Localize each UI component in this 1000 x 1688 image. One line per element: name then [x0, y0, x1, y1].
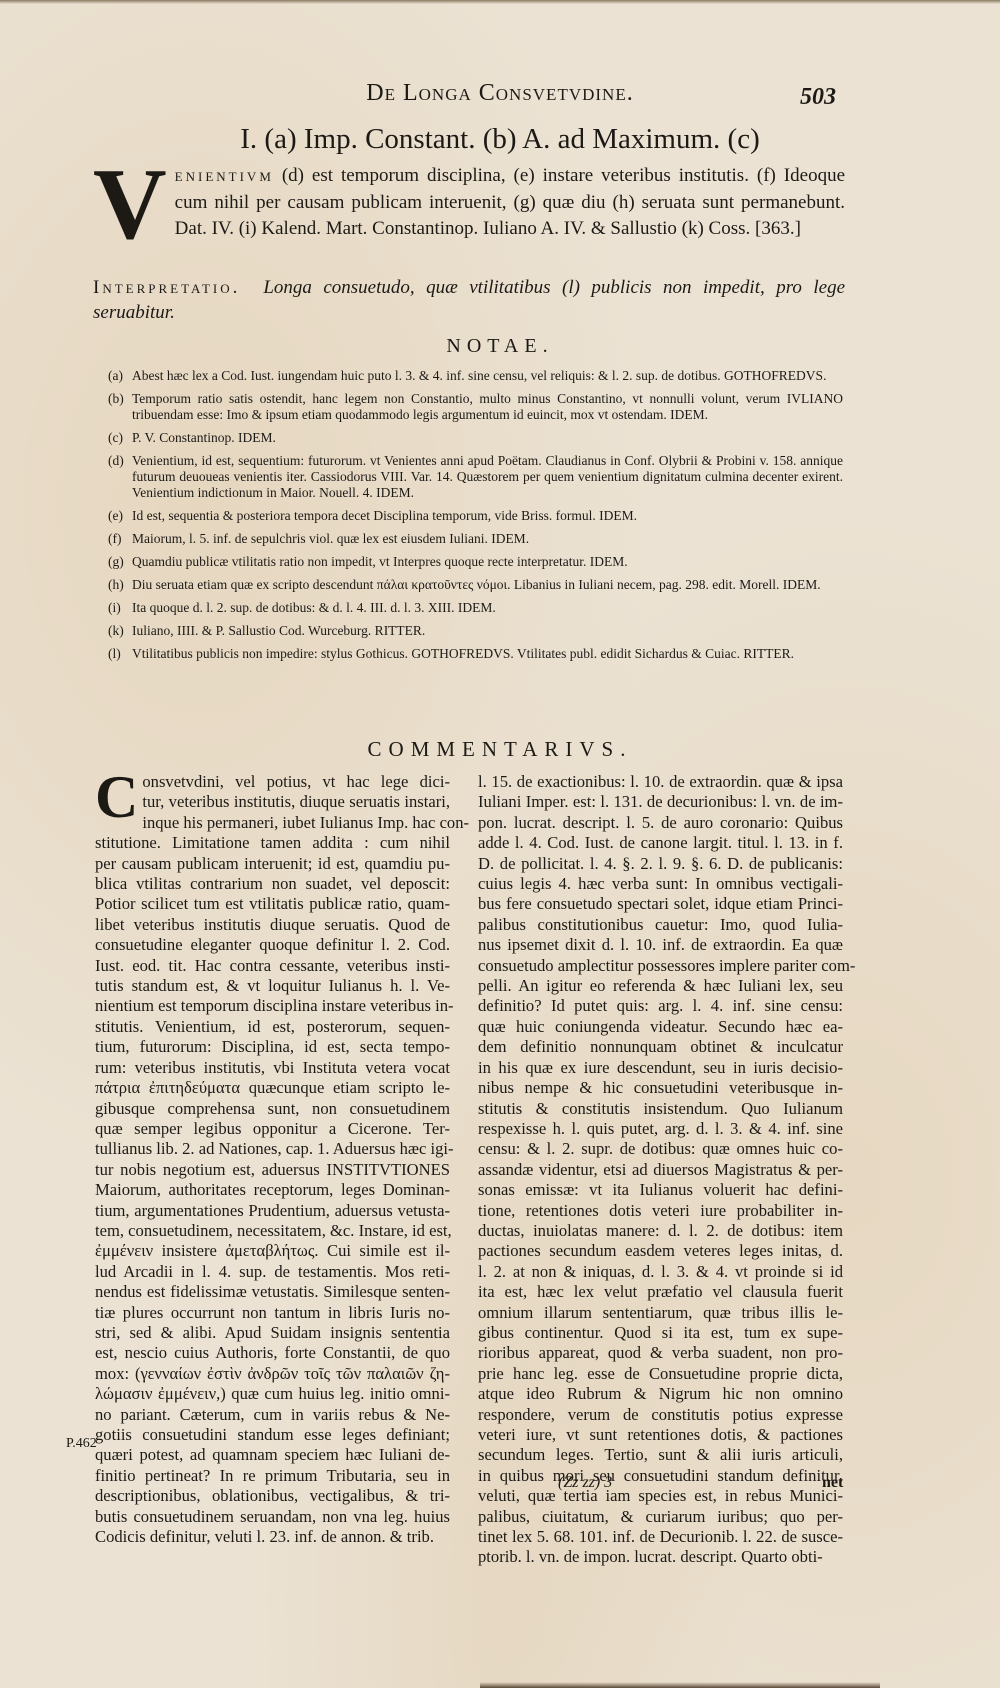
text-line: bus fere consuetudo spectari solet, idqu…: [478, 894, 843, 914]
text-line: stri, sed & alibi. Apud Suidam insignis …: [95, 1323, 450, 1343]
text-line: mox: (γενναίων ἐστὶν ἀνδρῶν τοῖς τῶν παλ…: [95, 1364, 450, 1384]
text-line: D. de pollicitat. l. 4. §. 2. l. 9. §. 6…: [478, 854, 843, 874]
text-line: pon. lucrat. descript. l. 5. de auro cor…: [478, 813, 843, 833]
law-body: (d) est temporum disciplina, (e) instare…: [175, 165, 845, 239]
text-line: ductas, inuiolatas manere: d. l. 2. de d…: [478, 1221, 843, 1241]
text-line: quæri potest, ad quamnam speciem hæc Iul…: [95, 1445, 450, 1465]
text-line: gibusque comprehensa sunt, non consuetud…: [95, 1099, 450, 1119]
text-line: omnium illarum sententiarum, quæ tribus …: [478, 1303, 843, 1323]
text-line: ptorib. l. vn. de impon. lucrat. descrip…: [478, 1547, 843, 1567]
text-line: libet veteribus institutis diuque seruat…: [95, 915, 450, 935]
right-column-lines: l. 15. de exactionibus: l. 10. de extrao…: [478, 772, 843, 1568]
text-line: tur nobis negotium est, aduersus INSTITV…: [95, 1160, 450, 1180]
note-text: Maiorum, l. 5. inf. de sepulchris viol. …: [132, 531, 843, 547]
text-line: in quibus mori seu consuetudini standum …: [478, 1466, 843, 1486]
text-line: palibus, ciuitatum, & curiarum iuribus; …: [478, 1507, 843, 1527]
text-line: per causam publicam interuenit; id est, …: [95, 854, 450, 874]
note-text: Id est, sequentia & posteriora tempora d…: [132, 508, 843, 524]
interpretatio-label: Interpretatio.: [93, 277, 240, 298]
catchword: net: [822, 1474, 843, 1492]
text-line: definitio? Id putet quis: arg. l. 4. inf…: [478, 996, 843, 1016]
text-line: Codicis definitur, veluti l. 23. inf. de…: [95, 1527, 450, 1547]
note-key: (d): [108, 453, 132, 501]
text-line: prie hanc leg. esse de Consuetudine prop…: [478, 1364, 843, 1384]
text-line: atque ideo Rubrum & Nigrum hic non omnin…: [478, 1384, 843, 1404]
text-line: inque his permaneri, iubet Iulianus Imp.…: [95, 813, 450, 833]
note-item: (e)Id est, sequentia & posteriora tempor…: [108, 508, 843, 524]
text-line: cuius legis 4. hæc verba sunt: In omnibu…: [478, 874, 843, 894]
left-column-lines: onsvetvdini, vel potius, vt hac lege dic…: [95, 772, 450, 1547]
text-line: adde l. 4. Cod. Iust. de canone largit. …: [478, 833, 843, 853]
text-line: finitio pertineat? In re primum Tributar…: [95, 1466, 450, 1486]
text-line: nus ipsemet dixit d. l. 10. inf. de extr…: [478, 935, 843, 955]
text-line: stitutione. Limitatione tamen addita : c…: [95, 833, 450, 853]
commentary-column-left: C onsvetvdini, vel potius, vt hac lege d…: [95, 772, 450, 1547]
note-item: (i)Ita quoque d. l. 2. sup. de dotibus: …: [108, 600, 843, 616]
notae-heading: NOTAE.: [0, 335, 1000, 358]
note-text: Ita quoque d. l. 2. sup. de dotibus: & d…: [132, 600, 843, 616]
text-line: tium, futurorum: Disciplina, id est, sec…: [95, 1037, 450, 1057]
text-line: blica vtilitas contrarium non suadet, ve…: [95, 874, 450, 894]
text-line: rioribus appareat, quod & verba suadent,…: [478, 1343, 843, 1363]
margin-page-reference: P.462: [66, 1436, 97, 1452]
note-text: Iuliano, IIII. & P. Sallustio Cod. Wurce…: [132, 623, 843, 639]
text-line: tione, retentiones dotis veteri iure pro…: [478, 1201, 843, 1221]
note-item: (k)Iuliano, IIII. & P. Sallustio Cod. Wu…: [108, 623, 843, 639]
text-line: censu: & l. 2. supr. de dotibus: quæ omn…: [478, 1139, 843, 1159]
text-line: tem, consuetudinem, necessitatem, &c. In…: [95, 1221, 450, 1241]
text-line: lud Arcadii in l. 4. sup. de testamentis…: [95, 1262, 450, 1282]
note-item: (c)P. V. Constantinop. IDEM.: [108, 430, 843, 446]
note-text: Abest hæc lex a Cod. Iust. iungendam hui…: [132, 368, 843, 384]
text-line: nibus nempe & hic consuetudini veteribus…: [478, 1078, 843, 1098]
note-key: (k): [108, 623, 132, 639]
text-line: ita est, hæc lex velut præfatio vel clau…: [478, 1282, 843, 1302]
note-text: Quamdiu publicæ vtilitatis ratio non imp…: [132, 554, 843, 570]
text-line: πάτρια ἐπιτηδεύματα quæcunque etiam scri…: [95, 1078, 450, 1098]
text-line: sonas emissæ: vt ita Iulianus voluerit h…: [478, 1180, 843, 1200]
note-item: (f)Maiorum, l. 5. inf. de sepulchris vio…: [108, 531, 843, 547]
text-line: veteri iure, vt sunt retentiones dotis, …: [478, 1425, 843, 1445]
commentarius-heading: COMMENTARIVS.: [0, 737, 1000, 762]
note-key: (e): [108, 508, 132, 524]
note-item: (l)Vtilitatibus publicis non impedire: s…: [108, 646, 843, 662]
text-line: tutis standum est, & vt loquitur Iulianu…: [95, 976, 450, 996]
note-text: P. V. Constantinop. IDEM.: [132, 430, 843, 446]
note-key: (c): [108, 430, 132, 446]
text-line: no pariant. Cæterum, cum in variis rebus…: [95, 1405, 450, 1425]
text-line: l. 15. de exactionibus: l. 10. de extrao…: [478, 772, 843, 792]
note-item: (g)Quamdiu publicæ vtilitatis ratio non …: [108, 554, 843, 570]
drop-cap-c: C: [95, 774, 138, 818]
text-line: pelli. An igitur eo referenda & hæc Iuli…: [478, 976, 843, 996]
note-text: Vtilitatibus publicis non impedire: styl…: [132, 646, 843, 662]
text-line: onsvetvdini, vel potius, vt hac lege dic…: [95, 772, 450, 792]
text-line: tur, veteribus institutis, diuque seruat…: [95, 792, 450, 812]
running-head: De Longa Consvetvdine.: [0, 80, 1000, 107]
text-line: λώμασιν ἐμμένειν,) quæ cum huius leg. in…: [95, 1384, 450, 1404]
law-text: V enientivm (d) est temporum disciplina,…: [93, 163, 845, 245]
text-line: tinet lex 5. 68. 101. inf. de Decurionib…: [478, 1527, 843, 1547]
commentary-column-right: l. 15. de exactionibus: l. 10. de extrao…: [478, 772, 843, 1568]
page-number: 503: [800, 84, 836, 111]
interpretatio: Interpretatio. Longa consuetudo, quæ vti…: [93, 275, 845, 325]
note-key: (g): [108, 554, 132, 570]
text-line: tullianus lib. 2. ad Nationes, cap. 1. A…: [95, 1139, 450, 1159]
text-line: consuetudo amplectitur possessores imple…: [478, 956, 843, 976]
note-item: (b)Temporum ratio satis ostendit, hanc l…: [108, 391, 843, 423]
text-line: Iust. eod. tit. Hac contra cessante, vet…: [95, 956, 450, 976]
law-first-word: enientivm: [175, 169, 274, 184]
running-head-text: De Longa Consvetvdine.: [366, 80, 633, 106]
note-text: Diu seruata etiam quæ ex scripto descend…: [132, 577, 843, 593]
page-edge-shadow-bottom: [480, 1682, 880, 1688]
note-key: (l): [108, 646, 132, 662]
text-line: rum: veteribus institutis, vbi Instituta…: [95, 1058, 450, 1078]
text-line: l. 2. at non & iniquas, d. l. 3. & 4. vt…: [478, 1262, 843, 1282]
text-line: stitutis & constitutis insistendum. Quo …: [478, 1099, 843, 1119]
signature-mark: (Zz zz) 3: [558, 1474, 612, 1492]
text-line: nendus est fidelissimæ vetustatis. Simil…: [95, 1282, 450, 1302]
text-line: butis consuetudinem seruandam, non vna l…: [95, 1507, 450, 1527]
note-text: Venientium, id est, sequentium: futuroru…: [132, 453, 843, 501]
note-text: Temporum ratio satis ostendit, hanc lege…: [132, 391, 843, 423]
note-key: (i): [108, 600, 132, 616]
text-line: respexisse h. l. quis putet, arg. d. l. …: [478, 1119, 843, 1139]
text-line: quæ huic coniungenda videatur. Secundo h…: [478, 1017, 843, 1037]
text-line: tiæ plures occurrunt non tantum in libri…: [95, 1303, 450, 1323]
note-key: (b): [108, 391, 132, 423]
text-line: dem definitio nonnunquam obtinet & incul…: [478, 1037, 843, 1057]
note-key: (h): [108, 577, 132, 593]
text-line: descriptionibus, oblationibus, vectigali…: [95, 1486, 450, 1506]
text-line: est, nescio cuius Authoris, forte Consta…: [95, 1343, 450, 1363]
text-line: veluti, quæ tertia iam species est, in r…: [478, 1486, 843, 1506]
text-line: consuetudine eleganter quoque definitur …: [95, 935, 450, 955]
text-line: quæ semper legibus opponitur a Cicerone.…: [95, 1119, 450, 1139]
notes-list: (a)Abest hæc lex a Cod. Iust. iungendam …: [108, 368, 843, 669]
text-line: nientium est temporum disciplina instare…: [95, 996, 450, 1016]
text-line: palibus constitutionibus cauetur: Imo, q…: [478, 915, 843, 935]
text-line: Maiorum, authoritates receptorum, leges …: [95, 1180, 450, 1200]
text-line: Iuliani Imper. est: l. 131. de decurioni…: [478, 792, 843, 812]
drop-cap-v: V: [93, 165, 167, 245]
text-line: pactiones secundum easdem veteres leges …: [478, 1241, 843, 1261]
text-line: in his quæ ex iure descendunt, seu in iu…: [478, 1058, 843, 1078]
page-edge-shadow-top: [0, 0, 1000, 4]
scanned-page: De Longa Consvetvdine. 503 I. (a) Imp. C…: [0, 0, 1000, 1688]
text-line: tium, argumentationes Prudentium, aduers…: [95, 1201, 450, 1221]
text-line: Potior scilicet tum est vtilitatis publi…: [95, 894, 450, 914]
text-line: gibus continentur. Quod si ita est, tum …: [478, 1323, 843, 1343]
note-item: (d)Venientium, id est, sequentium: futur…: [108, 453, 843, 501]
text-line: respondere, verum de constitutis potius …: [478, 1405, 843, 1425]
text-line: ἐμμένειν insistere ἀμεταβλήτως. Cui simi…: [95, 1241, 450, 1261]
text-line: stitutis. Venientium, id est, posterorum…: [95, 1017, 450, 1037]
note-key: (a): [108, 368, 132, 384]
text-line: gotiis consuetudini standum esse leges d…: [95, 1425, 450, 1445]
note-item: (h)Diu seruata etiam quæ ex scripto desc…: [108, 577, 843, 593]
text-line: secundum leges. Tertio, sunt & alii iuri…: [478, 1445, 843, 1465]
note-item: (a)Abest hæc lex a Cod. Iust. iungendam …: [108, 368, 843, 384]
note-key: (f): [108, 531, 132, 547]
text-line: assandæ videntur, etsi ad diuersos Magis…: [478, 1160, 843, 1180]
